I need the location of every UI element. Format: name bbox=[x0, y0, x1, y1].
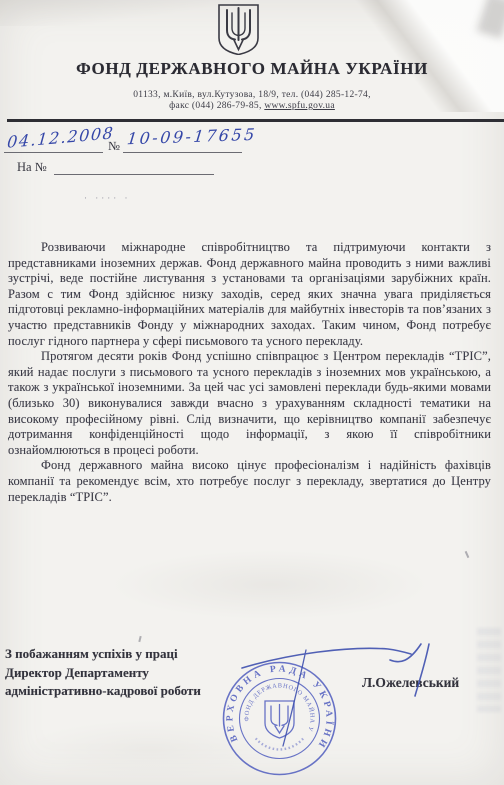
address-line-1: 01133, м.Київ, вул.Кутузова, 18/9, тел. … bbox=[0, 90, 504, 100]
stray-pen-mark bbox=[138, 636, 141, 642]
letter-body: Розвиваючи міжнародне співробітництво та… bbox=[8, 240, 491, 505]
paragraph-2: Протягом десяти років Фонд успішно співп… bbox=[8, 349, 491, 458]
handwritten-signature bbox=[228, 634, 453, 754]
website-url: www.spfu.gov.ua bbox=[264, 101, 335, 111]
reply-to-number-label: На № bbox=[17, 160, 47, 175]
number-underline bbox=[123, 152, 242, 153]
ink-bleed-through bbox=[477, 628, 501, 712]
number-label: № bbox=[108, 139, 120, 154]
signoff-block: З побажанням успіхів у праці Директор Де… bbox=[5, 645, 255, 701]
ukraine-trident-emblem-icon bbox=[215, 3, 262, 55]
paper-wrinkle bbox=[110, 550, 430, 620]
reply-number-underline bbox=[54, 174, 214, 175]
scanned-letter-page: ФОНД ДЕРЖАВНОГО МАЙНА УКРАЇНИ 01133, м.К… bbox=[0, 0, 504, 785]
paragraph-1: Розвиваючи міжнародне співробітництво та… bbox=[8, 240, 491, 349]
fax-number: факс (044) 286-79-85, bbox=[169, 101, 262, 111]
paragraph-3: Фонд державного майна високо цінує профе… bbox=[8, 458, 491, 505]
handwritten-outgoing-number: 10-09-17655 bbox=[126, 125, 258, 149]
organization-name: ФОНД ДЕРЖАВНОГО МАЙНА УКРАЇНИ bbox=[0, 59, 504, 79]
address-line-2: факс (044) 286-79-85, www.spfu.gov.ua bbox=[0, 101, 504, 111]
signer-title-line-2: адміністративно-кадрової роботи bbox=[5, 682, 255, 701]
faded-ink-specks: · ···· · bbox=[84, 193, 130, 203]
handwritten-date: 04.12.2008 bbox=[6, 123, 115, 152]
signer-title-line-1: Директор Департаменту bbox=[5, 664, 255, 683]
paper-crease-top-left bbox=[0, 0, 230, 26]
letterhead-divider-rule bbox=[7, 119, 504, 122]
stray-pen-mark bbox=[465, 551, 470, 558]
date-underline bbox=[4, 152, 103, 153]
scan-corner-smudge bbox=[476, 0, 504, 39]
closing-phrase: З побажанням успіхів у праці bbox=[5, 645, 255, 664]
